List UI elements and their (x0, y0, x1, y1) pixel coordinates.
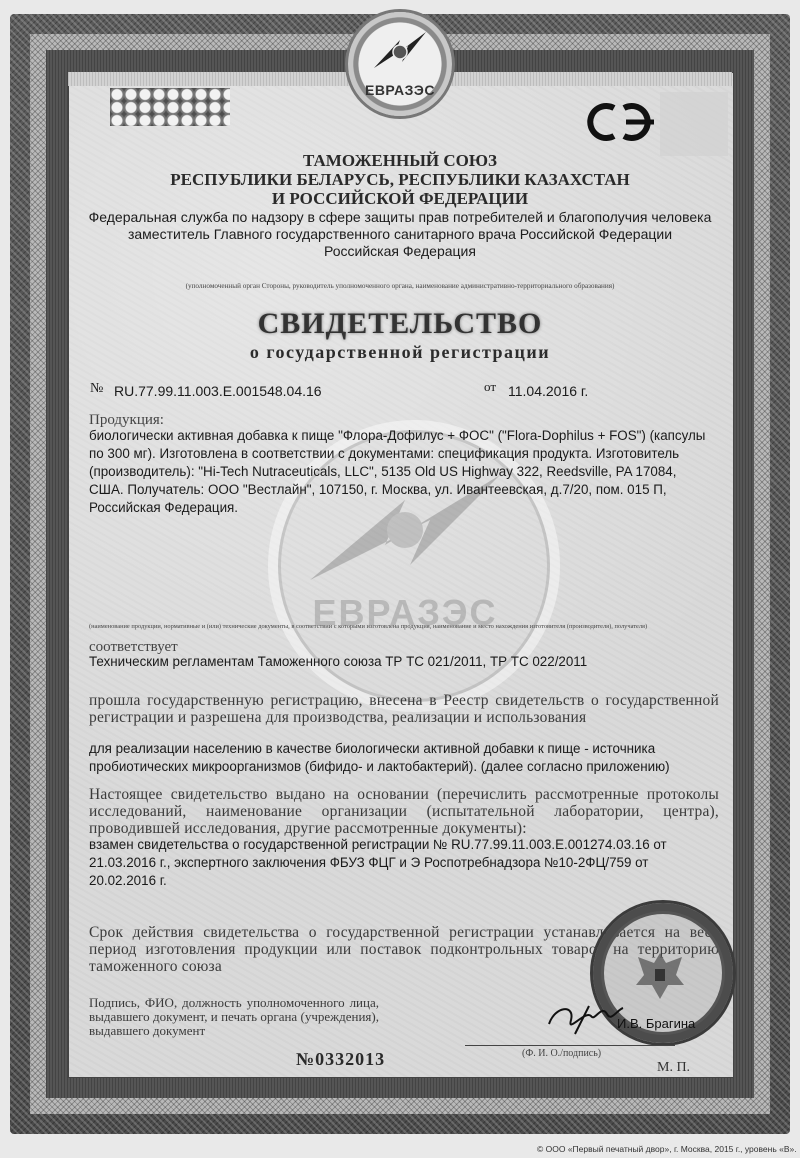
product-description: биологически активная добавка к пище "Фл… (89, 427, 729, 517)
union-title-line3: И РОССИЙСКОЙ ФЕДЕРАЦИИ (68, 188, 732, 209)
emblem-text: ЕВРАЗЭС (348, 82, 452, 98)
basis-statement: Настоящее свидетельство выдано на основа… (89, 786, 719, 837)
usage-line: для реализации населению в качестве биол… (89, 740, 729, 758)
product-line: (производитель): "Hi-Tech Nutraceuticals… (89, 463, 729, 481)
product-line: Российская Федерация. (89, 499, 729, 517)
basis-line: 20.02.2016 г. (89, 872, 729, 890)
basis-line: 21.03.2016 г., экспертного заключения ФБ… (89, 854, 729, 872)
date-label: от (484, 379, 496, 395)
signature-caption: Подпись, ФИО, должность уполномоченного … (89, 996, 379, 1038)
seal-place-label: М. П. (657, 1060, 690, 1076)
eurasec-logo-icon (370, 28, 430, 74)
union-title-line1: ТАМОЖЕННЫЙ СОЮЗ (68, 150, 732, 171)
eac-conformity-mark-icon (580, 100, 660, 144)
number-label: № (90, 381, 103, 397)
conformity-value: Техническим регламентам Таможенного союз… (89, 653, 587, 671)
product-line: биологически активная добавка к пище "Фл… (89, 427, 729, 445)
double-headed-eagle-icon (630, 945, 690, 1005)
certificate-number: RU.77.99.11.003.E.001548.04.16 (114, 383, 322, 399)
product-line: по 300 мг). Изготовлена в соответствии с… (89, 445, 729, 463)
authority-line1: Федеральная служба по надзору в сфере за… (68, 209, 732, 226)
product-line: США. Получатель: ООО "Вестлайн", 107150,… (89, 481, 729, 499)
conformity-label: соответствует (89, 640, 178, 654)
basis-documents: взамен свидетельства о государственной р… (89, 836, 729, 890)
usage-description: для реализации населению в качестве биол… (89, 740, 729, 776)
eurasec-emblem: ЕВРАЗЭС (348, 12, 452, 116)
union-title-line2: РЕСПУБЛИКИ БЕЛАРУСЬ, РЕСПУБЛИКИ КАЗАХСТА… (68, 169, 732, 190)
signer-name: И.В. Брагина (617, 1016, 695, 1031)
registration-statement: прошла государственную регистрацию, внес… (89, 692, 719, 726)
certificate-date: 11.04.2016 г. (508, 383, 588, 399)
basis-line: взамен свидетельства о государственной р… (89, 836, 729, 854)
product-caption: (наименование продукции, нормативные и (… (89, 623, 647, 630)
authority-line2: заместитель Главного государственного са… (68, 226, 732, 243)
printer-copyright: © ООО «Первый печатный двор», г. Москва,… (537, 1144, 797, 1154)
certificate-title: СВИДЕТЕЛЬСТВО (68, 307, 732, 341)
authority-caption: (уполномоченный орган Стороны, руководит… (68, 282, 732, 290)
signature-line (465, 1045, 675, 1046)
watermark-coat-of-arms (660, 92, 728, 156)
hologram-strip (110, 88, 230, 126)
product-label: Продукция: (89, 413, 164, 427)
handwritten-signature-icon (545, 1000, 625, 1040)
signature-line-caption: (Ф. И. О./подпись) (522, 1048, 601, 1059)
form-serial-number: №0332013 (296, 1049, 385, 1070)
certificate-subtitle: о государственной регистрации (68, 342, 732, 363)
usage-line: пробиотических микроорганизмов (бифидо- … (89, 758, 729, 776)
authority-line3: Российская Федерация (68, 243, 732, 260)
